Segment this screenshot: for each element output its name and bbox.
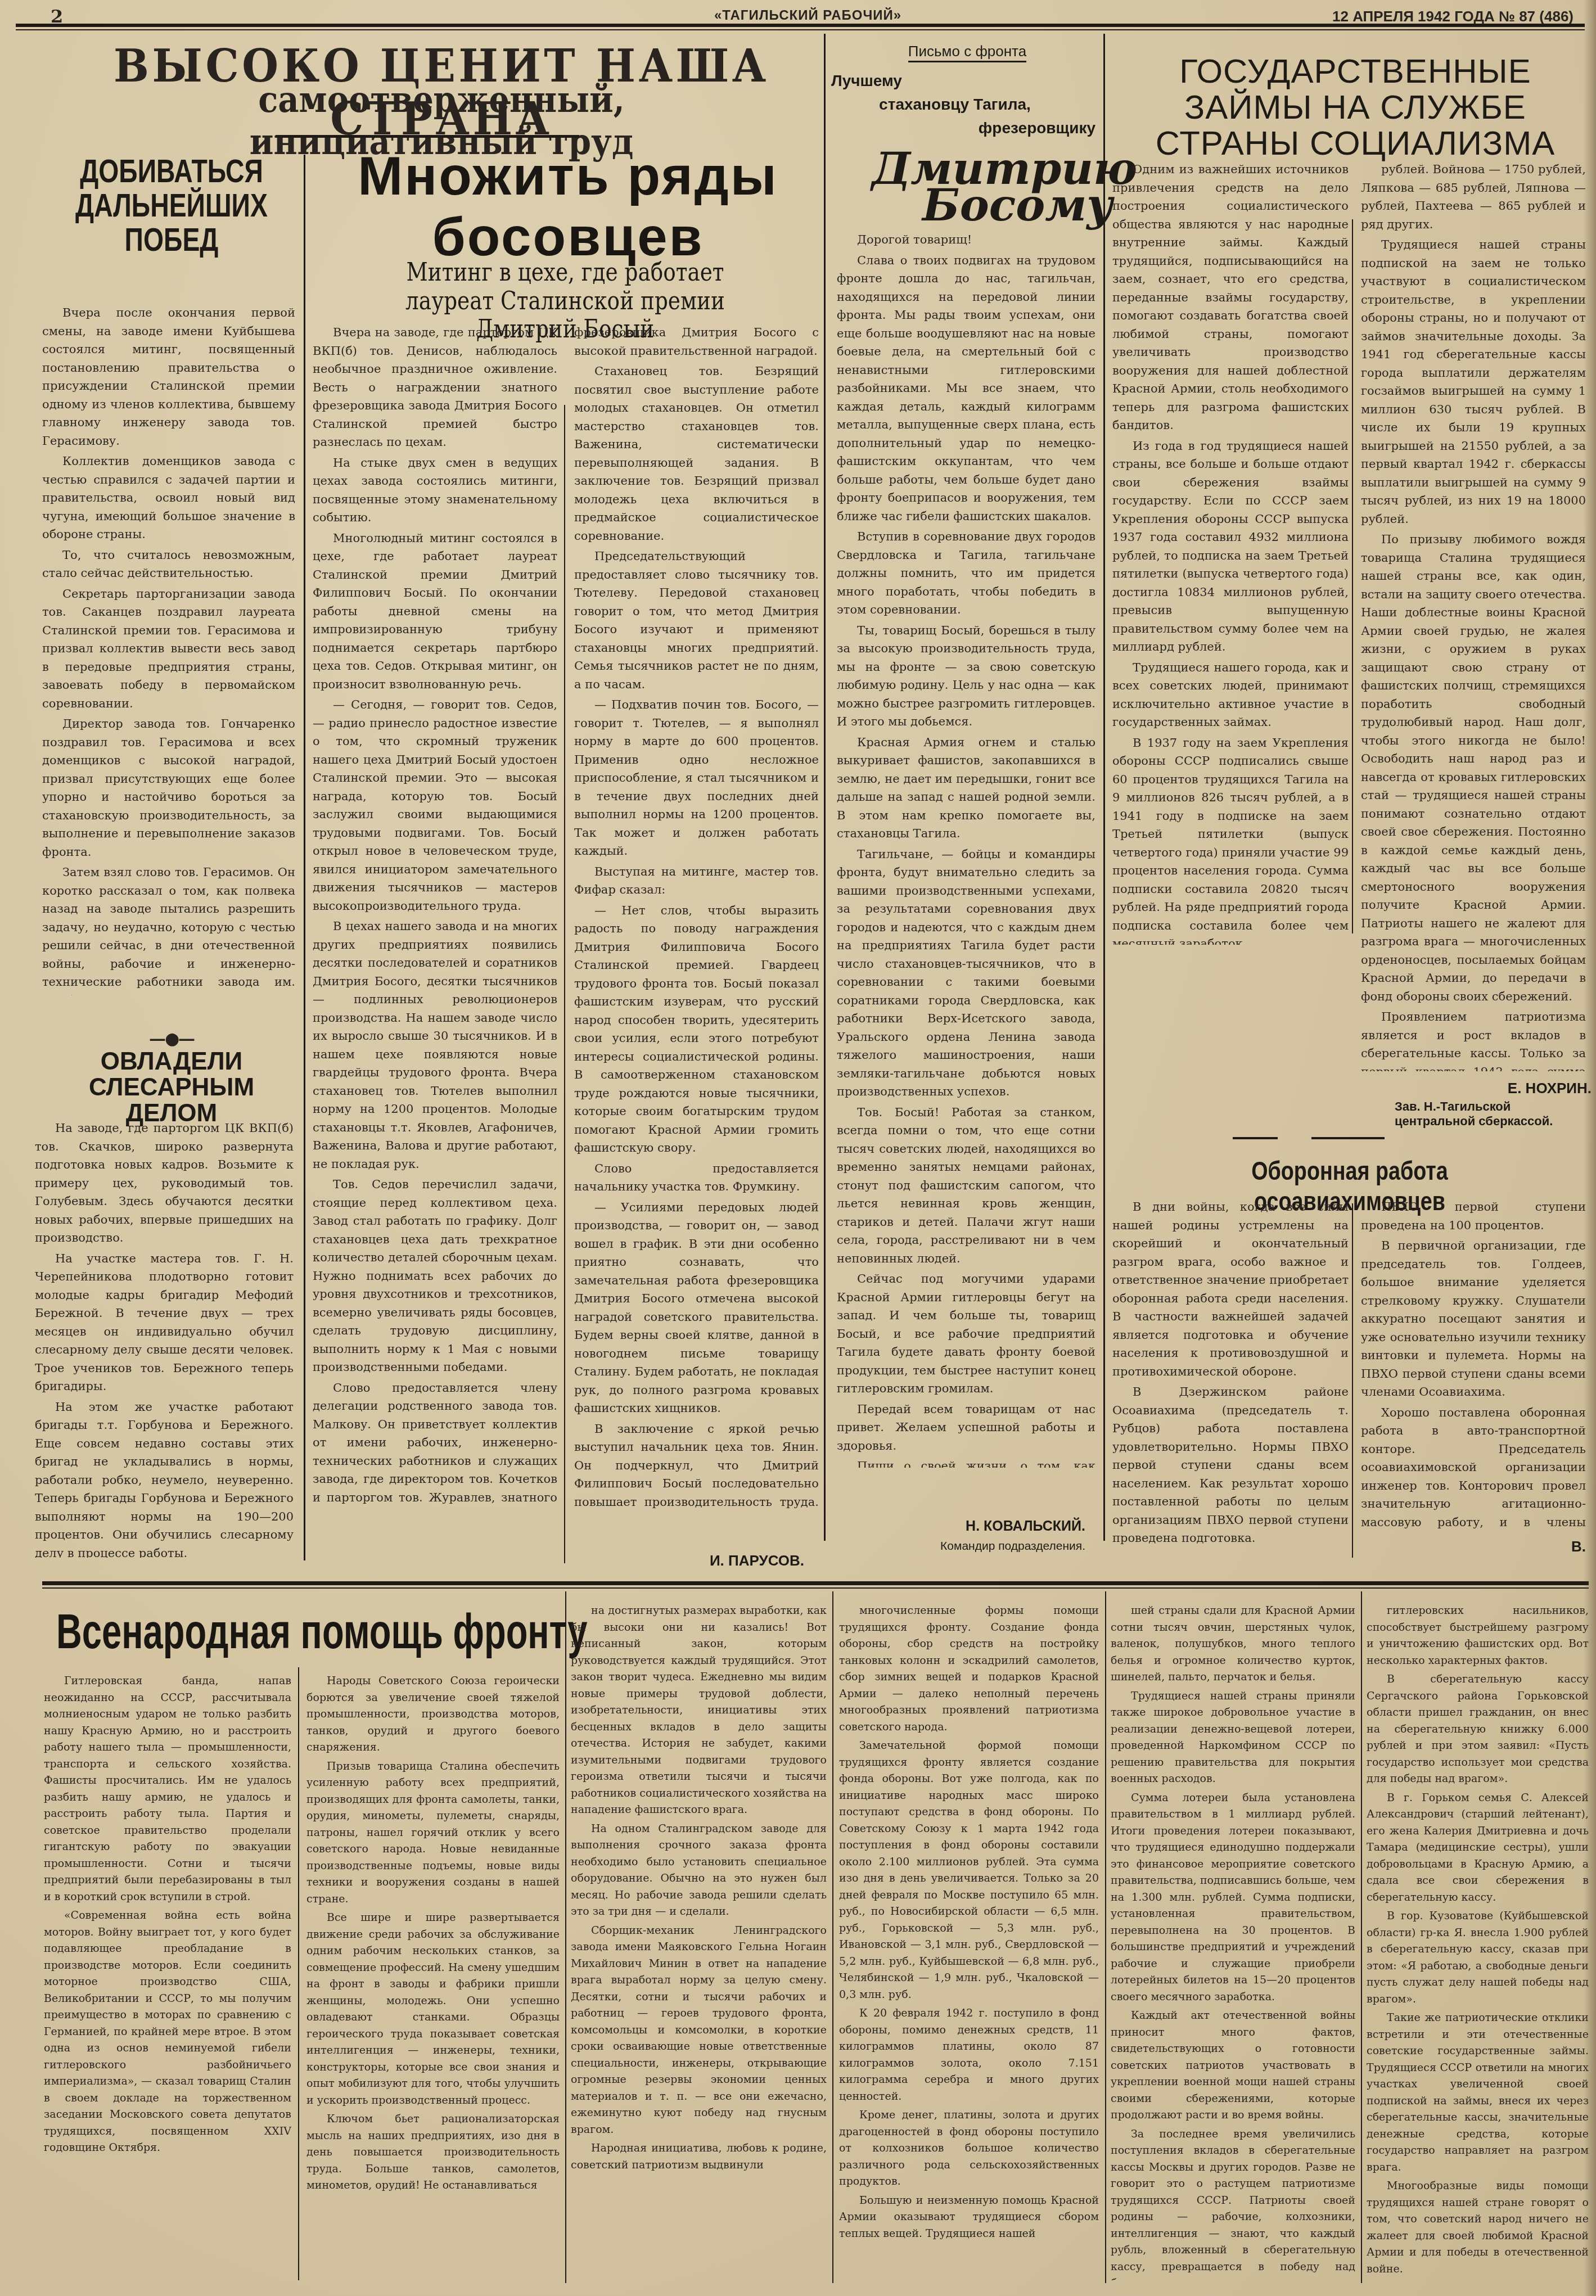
paragraph: Тагильчане, — бойцы и командиры фронта, … (837, 845, 1095, 1101)
paragraph: В Дзержинском районе Осоавиахима (предсе… (1112, 1383, 1349, 1546)
paragraph: По призыву любимого вождя товарища Стали… (1361, 530, 1586, 1005)
paragraph: Замечательной формой помощи трудящихся ф… (839, 1738, 1099, 2003)
letter-signature: Н. КОВАЛЬСКИЙ. (838, 1518, 1085, 1535)
paragraph: В 1937 году на заем Укрепления обороны С… (1112, 734, 1349, 945)
paragraph: Трудящиеся нашего города, как и всех сов… (1112, 658, 1349, 732)
paragraph: Тов. Босый! Работая за станком, всегда п… (837, 1103, 1095, 1268)
article-byline: В. (1518, 1538, 1586, 1555)
paragraph: Секретарь парторганизации завода тов. Са… (42, 585, 295, 713)
paragraph: То, что считалось невозможным, стало сей… (42, 546, 295, 583)
paragraph: шей страны сдали для Красной Армии сотни… (1111, 1603, 1355, 1686)
article-body: Вчера на заводе, где парторгом ЦК ВКП(б)… (313, 323, 819, 1521)
article-body: ПВХО первой ступени проведена на 100 про… (1361, 1198, 1586, 1535)
paragraph: Народная инициатива, любовь к родине, со… (571, 2140, 827, 2173)
paragraph: Проявлением патриотизма является и рост … (1361, 1008, 1586, 1071)
paragraph: Передай всем товарищам от нас привет. Же… (837, 1400, 1095, 1455)
paragraph: Затем взял слово тов. Герасимов. Он коро… (42, 863, 295, 995)
paragraph: — Сегодня, — говорит тов. Седов, — радио… (313, 696, 557, 915)
paragraph: на достигнутых размерах выработки, как б… (571, 1603, 827, 1819)
paragraph: Пиши о своей жизни, о том, как коллектив… (837, 1457, 1095, 1468)
article-byline: И. ПАРУСОВ. (568, 1552, 804, 1569)
paragraph: Трудящиеся нашей страны приняли также ши… (1111, 1688, 1355, 1788)
paragraph: Вчера после окончания первой смены, на з… (42, 304, 295, 450)
masthead-rule (16, 24, 1585, 27)
letter-kicker: Письмо с фронта (838, 43, 1097, 60)
paragraph: Призыв товарища Сталина обеспечить усиле… (306, 1758, 560, 1908)
paragraph: Сейчас под могучими ударами Красной Арми… (837, 1270, 1095, 1398)
paragraph: — Усилиями передовых людей производства,… (574, 1198, 819, 1418)
article-body: рублей. Войнова — 1750 рублей, Ляпкова —… (1361, 160, 1586, 1071)
paragraph: Такие же патриотические отклики встретил… (1367, 2010, 1589, 2176)
paragraph: Гитлеровская банда, напав неожиданно на … (44, 1673, 291, 1905)
paragraph: Вчера на заводе, где парторгом ЦК ВКП(б)… (313, 323, 557, 452)
paragraph: Кроме денег, платины, золота и других др… (839, 2107, 1099, 2190)
article-headline: ОВЛАДЕЛИ СЛЕСАРНЫМ ДЕЛОМ (51, 1049, 292, 1127)
paragraph: Стахановец тов. Безрящий посвятил свое в… (574, 362, 819, 545)
article-end-rule (1233, 1137, 1278, 1139)
paragraph: Все шире и шире развертывается движение … (306, 1910, 560, 2109)
column-rule (304, 155, 305, 1560)
paragraph: В цехах нашего завода и на многих других… (313, 917, 557, 1173)
paragraph: На заводе, где парторгом ЦК ВКП(б) тов. … (35, 1119, 294, 1247)
paragraph: Народы Советского Союза героически борют… (306, 1673, 560, 1756)
article-body: Народы Советского Союза героически борют… (306, 1673, 560, 2280)
paragraph: На одном Сталинградском заводе для выпол… (571, 1821, 827, 1920)
article-headline: ГОСУДАРСТВЕННЫЕ ЗАЙМЫ НА СЛУЖБЕ СТРАНЫ С… (1125, 53, 1586, 161)
paragraph: Трудящиеся нашей страны подпиской на зае… (1361, 236, 1586, 528)
paragraph: — Подхватив почин тов. Босого, — говорит… (574, 696, 819, 860)
article-end-rule (1311, 1137, 1385, 1139)
letter-kicker-text: Письмо с фронта (908, 43, 1026, 62)
paragraph: Одним из важнейших источников привлечени… (1112, 160, 1349, 435)
article-body: Вчера после окончания первой смены, на з… (42, 304, 295, 995)
paragraph: Многолюдный митинг состоялся в цехе, где… (313, 529, 557, 694)
paragraph: гитлеровских насильников, способствует б… (1367, 1603, 1589, 1669)
paragraph: Слово предоставляется начальнику участка… (574, 1160, 819, 1196)
paragraph: Тов. Седов перечислил задачи, стоящие пе… (313, 1175, 557, 1377)
article-headline: Множить ряды босовцев (315, 146, 821, 268)
paragraph: рублей. Войнова — 1750 рублей, Ляпкова —… (1361, 160, 1586, 233)
column-rule (1352, 219, 1353, 933)
paragraph: В гор. Кузоватове (Куйбышевской области)… (1367, 1908, 1589, 2008)
paragraph: многочисленные формы помощи трудящихся ф… (839, 1603, 1099, 1735)
letter-salutation-2: стахановцу Тагила, (831, 96, 1079, 114)
article-byline-title: Зав. Н.-Тагильской центральной сберкассо… (1395, 1099, 1592, 1129)
paragraph: Слава о твоих подвигах на трудовом фронт… (837, 251, 1095, 526)
paragraph: На участке мастера тов. Г. Н. Черепейник… (35, 1250, 294, 1396)
column-rule (1352, 1203, 1353, 1558)
paragraph: Дорогой товарищ! (837, 231, 1095, 249)
letter-headline-2: Босому (922, 180, 1091, 231)
paragraph: Из года в год трудящиеся нашей страны, в… (1112, 437, 1349, 656)
paragraph: ПВХО первой ступени проведена на 100 про… (1361, 1198, 1586, 1234)
paragraph: «Современная война есть война моторов. В… (44, 1907, 291, 2157)
paragraph: За последнее время увеличились поступлен… (1111, 2126, 1355, 2281)
separator-ornament: —●— (51, 1029, 292, 1049)
letter-salutation-3: фрезеровщику (831, 119, 1095, 137)
paragraph: В первичной организации, где председател… (1361, 1237, 1586, 1401)
paragraph: Вступив в соревнование двух городов Свер… (837, 527, 1095, 619)
letter-signature-title: Командир подразделения. (838, 1540, 1085, 1553)
paper-name: «ТАГИЛЬСКИЙ РАБОЧИЙ» (714, 8, 901, 24)
banner-underline (276, 135, 579, 138)
paragraph: К 20 февраля 1942 г. поступило в фонд об… (839, 2005, 1099, 2105)
paragraph: Многообразные виды помощи трудящихся наш… (1367, 2178, 1589, 2277)
article-body: Гитлеровская банда, напав неожиданно на … (44, 1673, 291, 2280)
article-body: Одним из важнейших источников привлечени… (1112, 160, 1349, 945)
paragraph: В г. Горьком семья С. Алексей Александро… (1367, 1790, 1589, 1906)
paragraph: — Нет слов, чтобы выразить радость по по… (574, 901, 819, 1157)
paragraph: Председательствующий предоставляет слово… (574, 547, 819, 693)
paragraph: Каждый акт отечественной войны приносит … (1111, 2008, 1355, 2124)
paragraph: Ты, товарищ Босый, борешься в тылу за вы… (837, 621, 1095, 731)
column-rule (1105, 1591, 1106, 2283)
article-body: на достигнутых размерах выработки, как б… (571, 1603, 827, 2280)
paragraph: Сборщик-механик Ленинградского завода им… (571, 1923, 827, 2139)
article-body: гитлеровских насильников, способствует б… (1367, 1603, 1589, 2280)
column-rule (1361, 1591, 1362, 2283)
paragraph: Хорошо поставлена оборонная работа в авт… (1361, 1404, 1586, 1536)
issue-date: 12 АПРЕЛЯ 1942 ГОДА № 87 (486) (1332, 8, 1574, 25)
masthead-rule-thin (16, 29, 1585, 30)
article-body: многочисленные формы помощи трудящихся ф… (839, 1603, 1099, 2280)
section-divider (42, 1581, 1589, 1585)
paragraph: На стыке двух смен в ведущих цехах завод… (313, 454, 557, 527)
paragraph: Выступая на митинге, мастер тов. Фифар с… (574, 863, 819, 899)
paragraph: На этом же участке работают бригады т.т.… (35, 1398, 294, 1558)
paragraph: Коллектив доменщиков завода с честью спр… (42, 452, 295, 544)
column-rule (1103, 34, 1105, 1541)
column-rule (298, 1667, 299, 2280)
paragraph: Красная Армия огнем и сталью выкуривает … (837, 733, 1095, 843)
paragraph: Ключом бьет рационализаторская мысль на … (306, 2111, 560, 2194)
paragraph: Директор завода тов. Гончаренко поздрави… (42, 715, 295, 861)
page-edge-shadow (1584, 0, 1596, 2296)
column-rule (824, 34, 826, 1541)
paragraph: В сберегательную кассу Сергачского район… (1367, 1671, 1589, 1788)
column-rule (832, 1591, 833, 2283)
article-headline: ДОБИВАТЬСЯ ДАЛЬНЕЙШИХ ПОБЕД (75, 155, 268, 258)
section-divider-thin (42, 1587, 1589, 1589)
paragraph: Сумма лотереи была установлена правитель… (1111, 1790, 1355, 2006)
column-rule (565, 1591, 566, 2283)
paragraph: Большую и неизменную помощь Красной Арми… (839, 2193, 1099, 2243)
newspaper-page: 2 «ТАГИЛЬСКИЙ РАБОЧИЙ» 12 АПРЕЛЯ 1942 ГО… (0, 0, 1596, 2296)
letter-body: Дорогой товарищ! Слава о твоих подвигах … (837, 231, 1095, 1468)
article-byline: Е. НОХРИН. (1406, 1080, 1592, 1097)
article-body: шей страны сдали для Красной Армии сотни… (1111, 1603, 1355, 2280)
paragraph: В дни войны, когда все силы нашей родины… (1112, 1198, 1349, 1381)
article-headline: Всенародная помощь фронту (56, 1603, 413, 1660)
letter-salutation-1: Лучшему (831, 72, 1067, 90)
article-body: На заводе, где парторгом ЦК ВКП(б) тов. … (35, 1119, 294, 1558)
article-body: В дни войны, когда все силы нашей родины… (1112, 1198, 1349, 1546)
